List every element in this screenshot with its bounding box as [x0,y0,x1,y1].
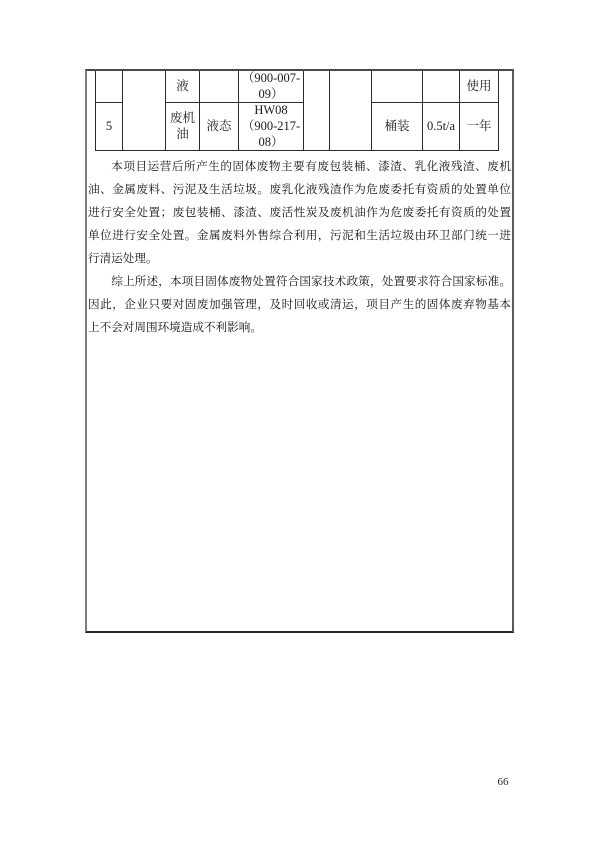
cell-note-row1: 使用 [460,71,499,103]
paragraph-2-line-3: 上不会对周围环境造成不利影响。 [88,316,511,339]
cell-seq-row2: 5 [96,103,123,151]
cell-code-row1: （900-007- 09） [239,71,304,103]
paragraph-1-line-5: 行清运处理。 [88,247,511,270]
cell-code-row2: HW08 （900-217- 08） [239,103,304,151]
paragraph-1-line-4: 单位进行安全处置。金属废料外售综合利用，污泥和生活垃圾由环卫部门统一进 [88,224,511,247]
solid-waste-table: 液 （900-007- 09） 使用 5 废机油 液态 HW08 （900-21… [95,71,499,151]
paragraph-1: 本项目运营后所产生的固体废物主要有废包装桶、漆渣、乳化液残渣、废机油、金属废料、… [88,155,511,270]
cell-amount-row1 [423,71,460,103]
page-number: 66 [494,776,512,788]
paragraph-2-line-1: 综上所述，本项目固体废物处置符合国家技术政策，处置要求符合国家标准。 [88,270,511,293]
cell-process-merged [123,71,166,151]
cell-seq-row1 [96,71,123,103]
cell-form-row1 [200,71,239,103]
paragraph-1-line-1: 本项目运营后所产生的固体废物主要有废包装桶、漆渣、乳化液残渣、废机 [88,155,511,178]
cell-name-row1: 液 [166,71,200,103]
content-frame: 液 （900-007- 09） 使用 5 废机油 液态 HW08 （900-21… [85,69,514,633]
cell-package-row2: 桶装 [372,103,423,151]
cell-col6-merged [304,71,330,151]
cell-name-row2: 废机油 [166,103,200,151]
cell-package-row1 [372,71,423,103]
paragraph-2: 综上所述，本项目固体废物处置符合国家技术政策，处置要求符合国家标准。因此，企业只… [88,270,511,339]
document-page: 液 （900-007- 09） 使用 5 废机油 液态 HW08 （900-21… [0,0,595,841]
cell-amount-row2: 0.5t/a [423,103,460,151]
paragraph-1-line-3: 进行安全处置；废包装桶、漆渣、废活性炭及废机油作为危废委托有资质的处置 [88,201,511,224]
paragraph-1-line-2: 油、金属废料、污泥及生活垃圾。废乳化液残渣作为危废委托有资质的处置单位 [88,178,511,201]
paragraph-2-line-2: 因此，企业只要对固废加强管理，及时回收或清运，项目产生的固体废弃物基本 [88,293,511,316]
cell-col7-merged [330,71,372,151]
cell-note-row2: 一年 [460,103,499,151]
body-paragraphs: 本项目运营后所产生的固体废物主要有废包装桶、漆渣、乳化液残渣、废机油、金属废料、… [88,155,511,339]
cell-form-row2: 液态 [200,103,239,151]
